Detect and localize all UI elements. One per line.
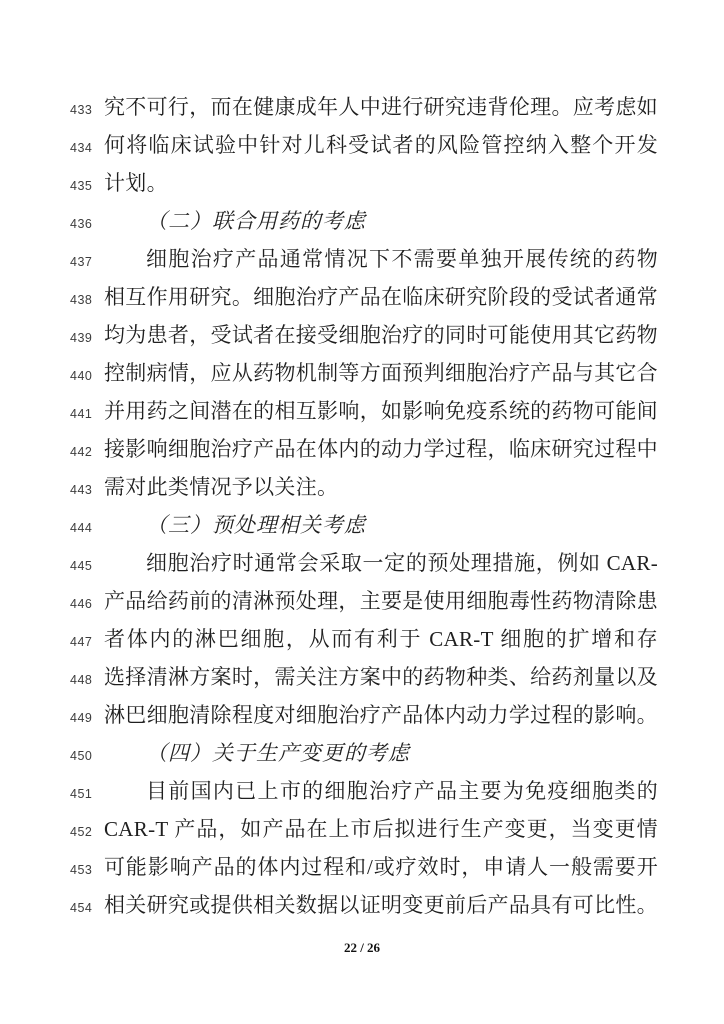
line-text: 接影响细胞治疗产品在体内的动力学过程，临床研究过程中	[104, 430, 658, 468]
line-number: 443	[70, 483, 104, 497]
line-text: 究不可行，而在健康成年人中进行研究违背伦理。应考虑如	[104, 88, 658, 126]
text-line: 440 控制病情，应从药物机制等方面预判细胞治疗产品与其它合	[70, 354, 658, 392]
line-text: 相互作用研究。细胞治疗产品在临床研究阶段的受试者通常	[104, 278, 658, 316]
line-number: 441	[70, 407, 104, 421]
text-line: 447 者体内的淋巴细胞，从而有利于 CAR-T 细胞的扩增和存活。	[70, 620, 658, 658]
text-line: 434 何将临床试验中针对儿科受试者的风险管控纳入整个开发	[70, 126, 658, 164]
line-number: 449	[70, 711, 104, 725]
line-text: 细胞治疗时通常会采取一定的预处理措施，例如 CAR-T	[104, 544, 658, 582]
line-text: 均为患者，受试者在接受细胞治疗的同时可能使用其它药物	[104, 316, 658, 354]
text-line: 443 需对此类情况予以关注。	[70, 468, 658, 506]
line-text: 者体内的淋巴细胞，从而有利于 CAR-T 细胞的扩增和存活。	[104, 620, 658, 658]
line-text: 可能影响产品的体内过程和/或疗效时，申请人一般需要开展	[104, 848, 658, 886]
text-line-list: 433 究不可行，而在健康成年人中进行研究违背伦理。应考虑如 434 何将临床试…	[70, 88, 658, 924]
line-text: （三）预处理相关考虑	[104, 506, 658, 544]
text-line: 452 CAR-T 产品，如产品在上市后拟进行生产变更，当变更情况	[70, 810, 658, 848]
line-number: 447	[70, 635, 104, 649]
page-number: 22 / 26	[0, 940, 724, 956]
line-text: （二）联合用药的考虑	[104, 202, 658, 240]
text-line: 450 （四）关于生产变更的考虑	[70, 734, 658, 772]
text-line: 444 （三）预处理相关考虑	[70, 506, 658, 544]
line-number: 445	[70, 559, 104, 573]
text-line: 453 可能影响产品的体内过程和/或疗效时，申请人一般需要开展	[70, 848, 658, 886]
line-text: 产品给药前的清淋预处理，主要是使用细胞毒性药物清除患	[104, 582, 658, 620]
line-text: 相关研究或提供相关数据以证明变更前后产品具有可比性。	[104, 886, 658, 924]
line-number: 450	[70, 749, 104, 763]
line-number: 436	[70, 217, 104, 231]
line-number: 442	[70, 445, 104, 459]
line-number: 448	[70, 673, 104, 687]
line-number: 437	[70, 255, 104, 269]
line-text: 细胞治疗产品通常情况下不需要单独开展传统的药物	[104, 240, 658, 278]
document-page: 433 究不可行，而在健康成年人中进行研究违背伦理。应考虑如 434 何将临床试…	[0, 0, 724, 1024]
line-text: 选择清淋方案时，需关注方案中的药物种类、给药剂量以及	[104, 658, 658, 696]
line-number: 446	[70, 597, 104, 611]
line-text: 并用药之间潜在的相互影响，如影响免疫系统的药物可能间	[104, 392, 658, 430]
line-text: 需对此类情况予以关注。	[104, 468, 658, 506]
line-number: 438	[70, 293, 104, 307]
text-line: 448 选择清淋方案时，需关注方案中的药物种类、给药剂量以及	[70, 658, 658, 696]
text-line: 438 相互作用研究。细胞治疗产品在临床研究阶段的受试者通常	[70, 278, 658, 316]
line-text: 何将临床试验中针对儿科受试者的风险管控纳入整个开发	[104, 126, 658, 164]
text-line: 436 （二）联合用药的考虑	[70, 202, 658, 240]
text-line: 449 淋巴细胞清除程度对细胞治疗产品体内动力学过程的影响。	[70, 696, 658, 734]
line-text: （四）关于生产变更的考虑	[104, 734, 658, 772]
line-number: 453	[70, 863, 104, 877]
line-number: 444	[70, 521, 104, 535]
line-number: 433	[70, 103, 104, 117]
text-line: 454 相关研究或提供相关数据以证明变更前后产品具有可比性。	[70, 886, 658, 924]
text-line: 433 究不可行，而在健康成年人中进行研究违背伦理。应考虑如	[70, 88, 658, 126]
line-number: 451	[70, 787, 104, 801]
line-number: 439	[70, 331, 104, 345]
line-text: 计划。	[104, 164, 658, 202]
text-line: 451 目前国内已上市的细胞治疗产品主要为免疫细胞类的	[70, 772, 658, 810]
line-text: 淋巴细胞清除程度对细胞治疗产品体内动力学过程的影响。	[104, 696, 658, 734]
line-number: 434	[70, 141, 104, 155]
text-line: 437 细胞治疗产品通常情况下不需要单独开展传统的药物	[70, 240, 658, 278]
line-text: CAR-T 产品，如产品在上市后拟进行生产变更，当变更情况	[104, 810, 658, 848]
line-number: 454	[70, 901, 104, 915]
text-line: 442 接影响细胞治疗产品在体内的动力学过程，临床研究过程中	[70, 430, 658, 468]
line-text: 控制病情，应从药物机制等方面预判细胞治疗产品与其它合	[104, 354, 658, 392]
text-line: 446 产品给药前的清淋预处理，主要是使用细胞毒性药物清除患	[70, 582, 658, 620]
line-number: 452	[70, 825, 104, 839]
line-number: 435	[70, 179, 104, 193]
text-line: 441 并用药之间潜在的相互影响，如影响免疫系统的药物可能间	[70, 392, 658, 430]
text-line: 445 细胞治疗时通常会采取一定的预处理措施，例如 CAR-T	[70, 544, 658, 582]
line-text: 目前国内已上市的细胞治疗产品主要为免疫细胞类的	[104, 772, 658, 810]
text-line: 439 均为患者，受试者在接受细胞治疗的同时可能使用其它药物	[70, 316, 658, 354]
text-line: 435 计划。	[70, 164, 658, 202]
line-number: 440	[70, 369, 104, 383]
